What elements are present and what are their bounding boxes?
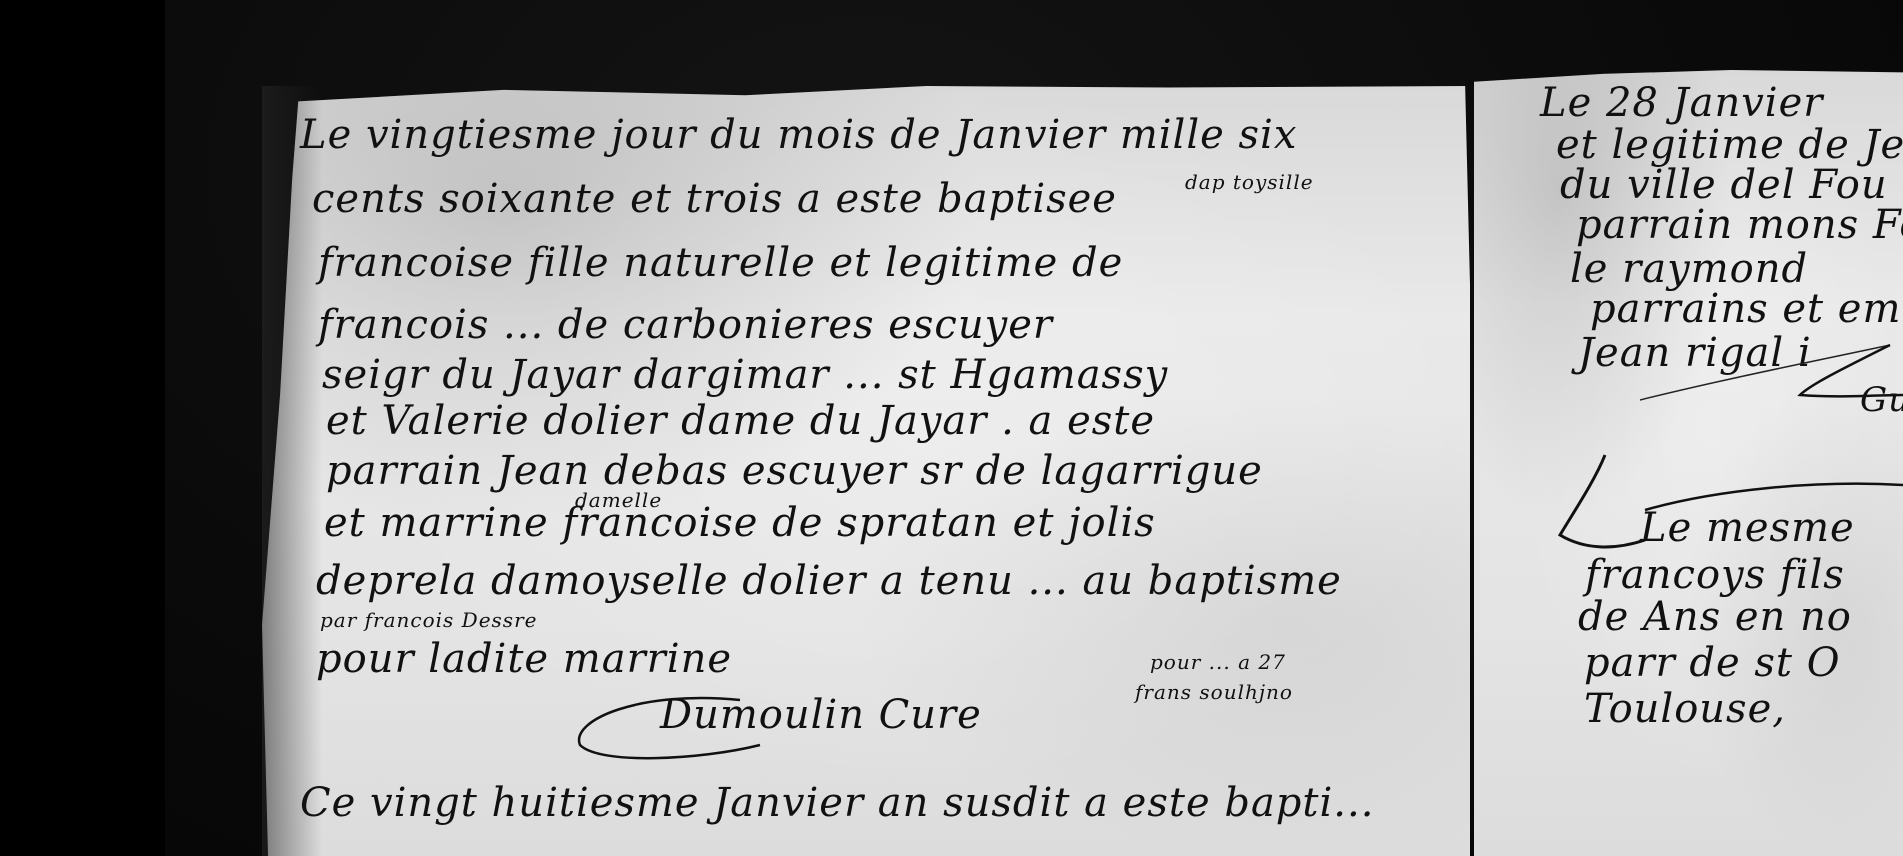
handwritten-line: et marrine francoise de spratan et jolis <box>324 500 1156 546</box>
handwritten-line: de Ans en no <box>1578 594 1852 640</box>
interlinear-note: dap toysille <box>1185 170 1314 194</box>
margin-note: pour ... a 27 <box>1150 650 1286 674</box>
handwritten-line: Le vingtiesme jour du mois de Janvier mi… <box>300 112 1297 158</box>
handwritten-line: seigr du Jayar dargimar ... st Hgamassy <box>322 352 1168 398</box>
handwritten-line: francoys fils <box>1585 552 1845 598</box>
handwritten-line: pour ladite marrine <box>316 636 732 682</box>
margin-note: par francois Dessre <box>320 608 537 632</box>
curate-signature: Dumoulin Cure <box>660 692 982 738</box>
margin-note: frans soulhjno <box>1135 680 1293 704</box>
handwritten-line: francoise fille naturelle et legitime de <box>318 240 1123 286</box>
handwritten-line: parrain Jean debas escuyer sr de lagarri… <box>326 448 1263 494</box>
handwritten-line: deprela damoyselle dolier a tenu ... au … <box>316 558 1342 604</box>
handwritten-line: parrain mons Fo <box>1576 202 1903 248</box>
handwritten-line: Le mesme <box>1640 505 1855 551</box>
interlinear-note: damelle <box>575 488 662 512</box>
handwritten-line: et Valerie dolier dame du Jayar . a este <box>326 398 1155 444</box>
handwritten-line: parrains et em <box>1590 286 1901 332</box>
handwritten-line: cents soixante et trois a este baptisee <box>312 176 1117 222</box>
handwritten-line: Le 28 Janvier <box>1540 80 1823 126</box>
handwritten-line: parr de st O <box>1584 640 1841 686</box>
signature-fragment: Gu <box>1860 380 1903 420</box>
handwritten-line: Ce vingt huitiesme Janvier an susdit a e… <box>300 780 1374 826</box>
handwritten-line: Toulouse, <box>1584 686 1786 732</box>
handwritten-line: francois ... de carbonieres escuyer <box>318 302 1053 348</box>
handwritten-line: Jean rigal i <box>1578 330 1812 376</box>
